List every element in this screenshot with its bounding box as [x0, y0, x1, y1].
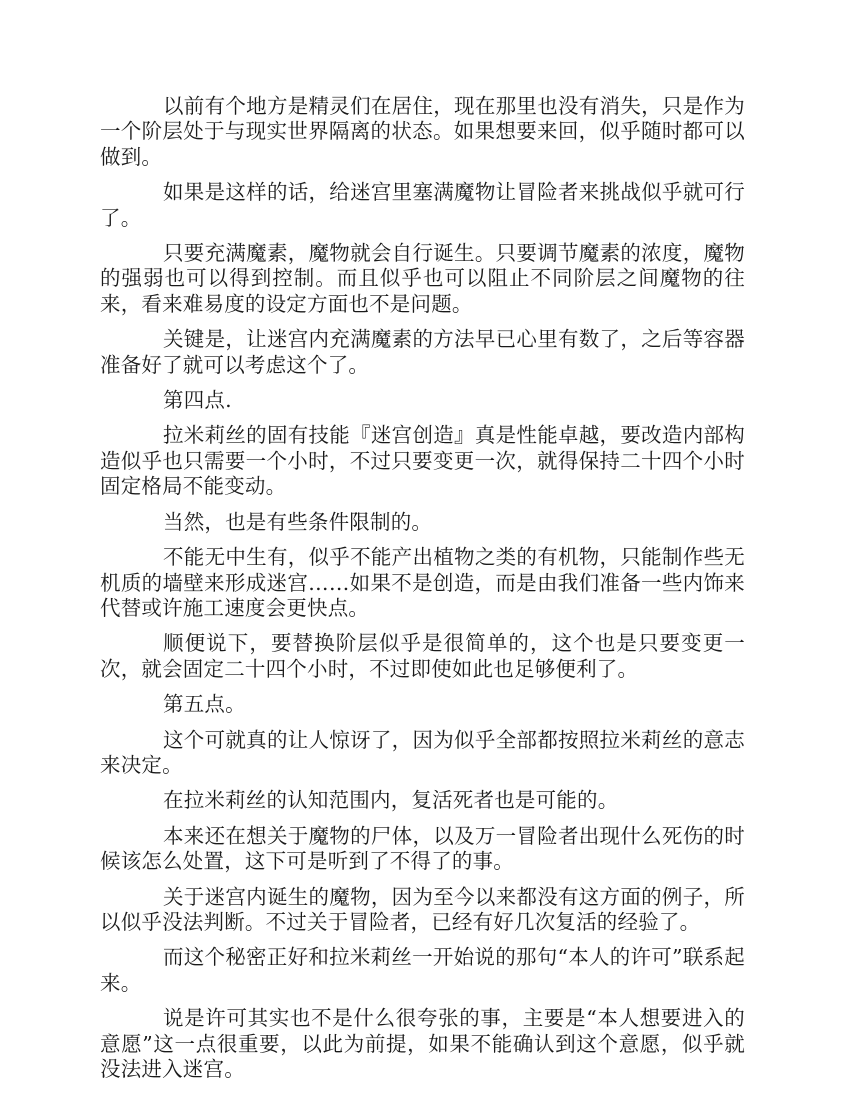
paragraph: 关键是，让迷宫内充满魔素的方法早已心里有数了，之后等容器准备好了就可以考虑这个了…	[100, 327, 745, 378]
paragraph: 当然，也是有些条件限制的。	[100, 510, 745, 535]
paragraph: 拉米莉丝的固有技能『迷宫创造』真是性能卓越，要改造内部构造似乎也只需要一个小时，…	[100, 423, 745, 499]
paragraph: 在拉米莉丝的认知范围内，复活死者也是可能的。	[100, 788, 745, 813]
paragraph: 不能无中生有，似乎不能产出植物之类的有机物，只能制作些无机质的墙壁来形成迷宫………	[100, 545, 745, 621]
paragraph: 而这个秘密正好和拉米莉丝一开始说的那句“本人的许可”联系起来。	[100, 945, 745, 996]
paragraph: 说是许可其实也不是什么很夸张的事，主要是“本人想要进入的意愿”这一点很重要，以此…	[100, 1006, 745, 1082]
paragraph: 顺便说下，要替换阶层似乎是很简单的，这个也是只要变更一次，就会固定二十四个小时，…	[100, 631, 745, 682]
paragraph: 只要充满魔素，魔物就会自行诞生。只要调节魔素的浓度，魔物的强弱也可以得到控制。而…	[100, 241, 745, 317]
section-heading: 第五点。	[100, 692, 745, 717]
paragraph: 如果是这样的话，给迷宫里塞满魔物让冒险者来挑战似乎就可行了。	[100, 180, 745, 231]
paragraph: 本来还在想关于魔物的尸体，以及万一冒险者出现什么死伤的时候该怎么处置，这下可是听…	[100, 824, 745, 875]
paragraph: 这个可就真的让人惊讶了，因为似乎全部都按照拉米莉丝的意志来决定。	[100, 728, 745, 779]
section-heading: 第四点.	[100, 388, 745, 413]
paragraph: 关于迷宫内诞生的魔物，因为至今以来都没有这方面的例子，所以似乎没法判断。不过关于…	[100, 885, 745, 936]
paragraph: 以前有个地方是精灵们在居住，现在那里也没有消失，只是作为一个阶层处于与现实世界隔…	[100, 94, 745, 170]
document-page: 以前有个地方是精灵们在居住，现在那里也没有消失，只是作为一个阶层处于与现实世界隔…	[100, 94, 745, 1092]
